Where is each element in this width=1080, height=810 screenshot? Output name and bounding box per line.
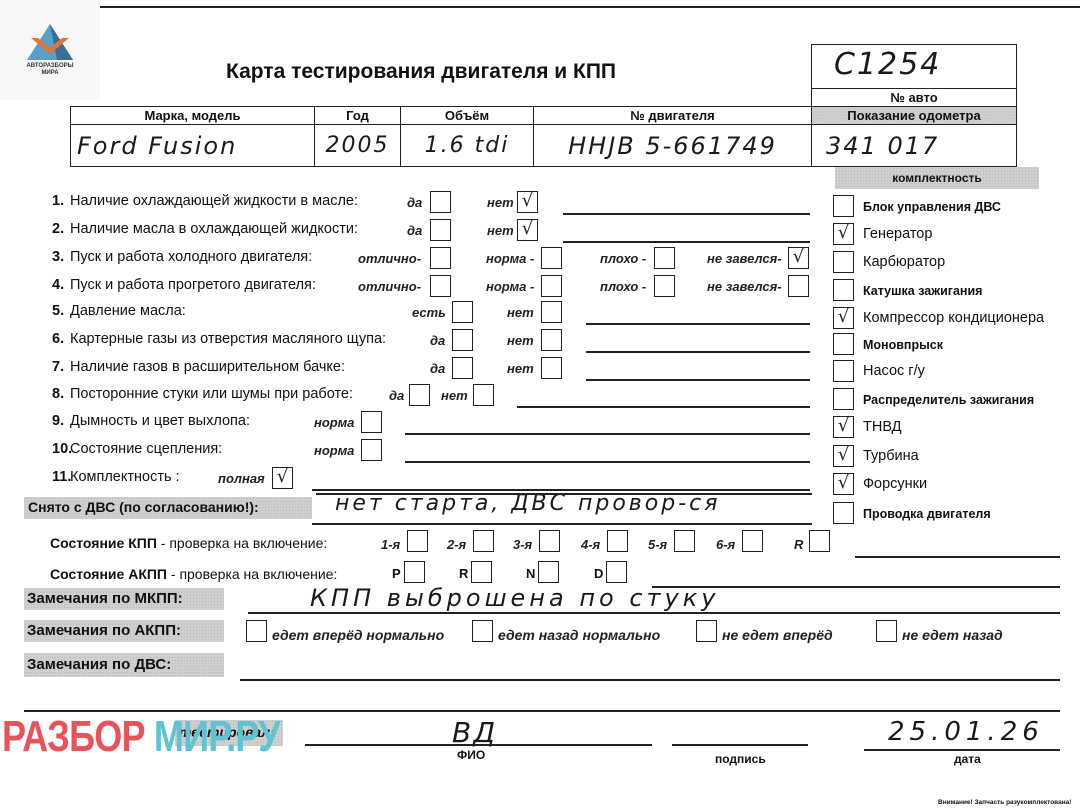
option-label: не завелся-	[707, 251, 782, 266]
question-5-checkbox-1[interactable]	[452, 301, 473, 323]
option-label: нет	[507, 333, 534, 348]
option-label: нет	[507, 361, 534, 376]
option-label: да	[407, 195, 422, 210]
completeness-label: Насос г/у	[863, 363, 925, 379]
question-3-checkbox-4[interactable]: √	[788, 247, 809, 269]
question-2-checkbox-1[interactable]	[430, 219, 451, 241]
completeness-checkbox[interactable]: √	[833, 473, 854, 495]
question-number: 2.	[52, 221, 70, 237]
watermark-part2: МИР.РУ	[154, 712, 280, 761]
completeness-label: Катушка зажигания	[863, 284, 982, 298]
question-text: Картерные газы из отверстия масляного щу…	[70, 331, 386, 347]
completeness-checkbox[interactable]: √	[833, 445, 854, 467]
completeness-label: Компрессор кондиционера	[863, 310, 1044, 326]
akpp-remark-label: не едет назад	[902, 627, 1003, 643]
question-1-checkbox-1[interactable]	[430, 191, 451, 213]
option-label: полная	[218, 471, 265, 486]
watermark-part1: РАЗБОР	[2, 712, 145, 761]
option-label: норма -	[486, 279, 534, 294]
option-label: есть	[412, 305, 446, 320]
kpp-gear-label: R	[794, 537, 803, 552]
odometer-value[interactable]: 341 017	[812, 125, 1017, 167]
answer-line	[405, 433, 810, 435]
question-8-checkbox-1[interactable]	[409, 384, 430, 406]
kpp-gear-label: 5-я	[648, 537, 667, 552]
kpp-gear-checkbox-3-я[interactable]	[539, 530, 560, 552]
question-7: 7.Наличие газов в расширительном бачке:	[52, 359, 345, 375]
completeness-checkbox[interactable]: √	[833, 416, 854, 438]
question-number: 1.	[52, 193, 70, 209]
question-4-checkbox-3[interactable]	[654, 275, 675, 297]
akpp-gear-checkbox-N[interactable]	[538, 561, 559, 583]
option-label: да	[430, 361, 445, 376]
akpp-gear-label: R	[459, 566, 468, 581]
option-label: нет	[441, 388, 468, 403]
signature-line	[672, 744, 808, 746]
option-label: отлично-	[358, 251, 421, 266]
answer-line	[586, 379, 810, 381]
completeness-label: Карбюратор	[863, 254, 945, 270]
question-8: 8.Посторонние стуки или шумы при работе:	[52, 386, 353, 402]
question-1-checkbox-2[interactable]: √	[517, 191, 538, 213]
akpp-gear-label: P	[392, 566, 401, 581]
completeness-checkbox[interactable]: √	[833, 223, 854, 245]
question-9: 9.Дымность и цвет выхлопа:	[52, 413, 250, 429]
completeness-checkbox[interactable]	[833, 251, 854, 273]
mountain-v-logo-icon	[27, 24, 73, 62]
completeness-checkbox[interactable]	[833, 360, 854, 382]
question-number: 7.	[52, 359, 70, 375]
kpp-gear-checkbox-6-я[interactable]	[742, 530, 763, 552]
akpp-gear-label: D	[594, 566, 603, 581]
completeness-label: ТНВД	[863, 419, 902, 435]
col-volume: Объём	[401, 107, 534, 125]
question-5-checkbox-2[interactable]	[541, 301, 562, 323]
option-label: нет	[507, 305, 534, 320]
question-number: 3.	[52, 249, 70, 265]
question-5: 5.Давление масла:	[52, 303, 186, 319]
question-3: 3.Пуск и работа холодного двигателя:	[52, 249, 312, 265]
removed-label-band: Снято с ДВС (по согласованию!):	[24, 497, 312, 519]
car-number-box: C1254	[811, 44, 1017, 90]
remarks-dvs-band: Замечания по ДВС:	[24, 653, 224, 677]
completeness-checkbox[interactable]: √	[833, 307, 854, 329]
col-make-model: Марка, модель	[71, 107, 315, 125]
completeness-header: комплектность	[835, 167, 1039, 189]
answer-line	[517, 406, 810, 408]
removed-line-top	[316, 493, 812, 495]
akpp-gear-label: N	[526, 566, 535, 581]
answer-line	[586, 323, 810, 325]
question-6: 6.Картерные газы из отверстия масляного …	[52, 331, 386, 347]
car-number-label: № авто	[812, 89, 1017, 107]
date-label: дата	[954, 752, 981, 766]
remarks-dvs-line-1	[240, 679, 1060, 681]
option-label: отлично-	[358, 279, 421, 294]
fio-label: ФИО	[457, 748, 485, 762]
year-value[interactable]: 2005	[315, 125, 401, 167]
akpp-remark-label: едет вперёд нормально	[272, 627, 444, 643]
question-number: 10.	[52, 441, 70, 457]
completeness-label: Проводка двигателя	[863, 507, 991, 521]
question-text: Дымность и цвет выхлопа:	[70, 413, 250, 429]
question-text: Наличие газов в расширительном бачке:	[70, 359, 345, 375]
question-7-checkbox-2[interactable]	[541, 357, 562, 379]
akpp-gear-checkbox-P[interactable]	[404, 561, 425, 583]
top-rule	[100, 6, 1080, 8]
question-6-checkbox-1[interactable]	[452, 329, 473, 351]
completeness-label: Турбина	[863, 448, 919, 464]
col-year: Год	[315, 107, 401, 125]
completeness-checkbox[interactable]	[833, 195, 854, 217]
kpp-gear-label: 1-я	[381, 537, 400, 552]
question-4-checkbox-4[interactable]	[788, 275, 809, 297]
question-10: 10.Состояние сцепления:	[52, 441, 222, 457]
kpp-label: Состояние КПП - проверка на включение:	[50, 535, 327, 551]
option-label: да	[389, 388, 404, 403]
question-9-checkbox-1[interactable]	[361, 411, 382, 433]
kpp-gear-label: 6-я	[716, 537, 735, 552]
question-number: 11.	[52, 469, 70, 485]
question-8-checkbox-2[interactable]	[473, 384, 494, 406]
answer-line	[405, 461, 810, 463]
question-10-checkbox-1[interactable]	[361, 439, 382, 461]
logo: АВТОРАЗБОРЫ МИРА	[0, 0, 100, 100]
signature-label: подпись	[715, 752, 766, 766]
remarks-akpp-band: Замечания по АКПП:	[24, 620, 224, 642]
question-text: Комплектность :	[70, 469, 180, 485]
akpp-label: Состояние АКПП - проверка на включение:	[50, 566, 337, 582]
question-4: 4.Пуск и работа прогретого двигателя:	[52, 277, 316, 293]
question-2-checkbox-2[interactable]: √	[517, 219, 538, 241]
question-2: 2.Наличие масла в охлаждающей жидкости:	[52, 221, 358, 237]
option-label: норма	[314, 443, 354, 458]
remarks-dvs-label: Замечания по ДВС:	[27, 656, 171, 673]
volume-value[interactable]: 1.6 tdi	[401, 125, 534, 167]
kpp-gear-label: 4-я	[581, 537, 600, 552]
kpp-gear-label: 2-я	[447, 537, 466, 552]
kpp-gear-checkbox-1-я[interactable]	[407, 530, 428, 552]
question-text: Наличие охлаждающей жидкости в масле:	[70, 193, 358, 209]
question-11: 11.Комплектность :	[52, 469, 180, 485]
question-4-checkbox-2[interactable]	[541, 275, 562, 297]
car-number-value[interactable]: C1254	[834, 47, 941, 82]
logo-text-line2: МИРА	[0, 70, 100, 76]
date-value[interactable]: 25.01.26	[888, 717, 1044, 747]
option-label: да	[407, 223, 422, 238]
completeness-label: Распределитель зажигания	[863, 393, 1034, 407]
question-3-checkbox-1[interactable]	[430, 247, 451, 269]
kpp-gear-checkbox-4-я[interactable]	[607, 530, 628, 552]
completeness-title: комплектность	[892, 171, 982, 185]
question-7-checkbox-1[interactable]	[452, 357, 473, 379]
answer-line	[563, 241, 810, 243]
engine-number-value[interactable]: HHJB 5-661749	[534, 125, 812, 167]
akpp-remark-checkbox-4[interactable]	[876, 620, 897, 642]
completeness-label: Моновпрыск	[863, 338, 943, 352]
col-engine-number: № двигателя	[534, 107, 812, 125]
remarks-akpp-label: Замечания по АКПП:	[27, 622, 181, 639]
answer-line	[586, 351, 810, 353]
question-3-checkbox-3[interactable]	[654, 247, 675, 269]
akpp-remark-label: едет назад нормально	[498, 627, 660, 643]
option-label: нет	[487, 223, 514, 238]
question-number: 6.	[52, 331, 70, 347]
question-text: Состояние сцепления:	[70, 441, 222, 457]
logo-text-line1: АВТОРАЗБОРЫ	[0, 63, 100, 69]
akpp-remark-label: не едет вперёд	[722, 627, 833, 643]
question-text: Наличие масла в охлаждающей жидкости:	[70, 221, 358, 237]
question-text: Давление масла:	[70, 303, 186, 319]
akpp-remark-checkbox-2[interactable]	[472, 620, 493, 642]
page-title: Карта тестирования двигателя и КПП	[226, 60, 616, 84]
date-line	[864, 749, 1060, 751]
question-text: Пуск и работа прогретого двигателя:	[70, 277, 316, 293]
col-odometer: Показание одометра	[812, 107, 1017, 125]
completeness-label: Форсунки	[863, 476, 927, 492]
remarks-mkpp-value[interactable]: КПП выброшена по стуку	[310, 584, 719, 612]
akpp-gear-checkbox-D[interactable]	[606, 561, 627, 583]
completeness-label: Генератор	[863, 226, 932, 242]
remarks-mkpp-line	[248, 612, 1060, 614]
option-label: норма	[314, 415, 354, 430]
removed-label: Снято с ДВС (по согласованию!):	[28, 499, 259, 515]
question-6-checkbox-2[interactable]	[541, 329, 562, 351]
question-text: Посторонние стуки или шумы при работе:	[70, 386, 353, 402]
removed-line	[312, 523, 812, 525]
kpp-gear-checkbox-2-я[interactable]	[473, 530, 494, 552]
vehicle-header-table: № авто Марка, модель Год Объём № двигате…	[70, 88, 1017, 167]
option-label: да	[430, 333, 445, 348]
answer-line	[563, 213, 810, 215]
question-number: 9.	[52, 413, 70, 429]
question-11-checkbox-1[interactable]: √	[272, 467, 293, 489]
question-text: Пуск и работа холодного двигателя:	[70, 249, 312, 265]
fio-line	[305, 744, 652, 746]
question-1: 1.Наличие охлаждающей жидкости в масле:	[52, 193, 358, 209]
make-model-value[interactable]: Ford Fusion	[71, 125, 315, 167]
question-4-checkbox-1[interactable]	[430, 275, 451, 297]
akpp-remark-checkbox-3[interactable]	[696, 620, 717, 642]
remarks-mkpp-label: Замечания по МКПП:	[27, 590, 183, 607]
remarks-mkpp-band: Замечания по МКПП:	[24, 588, 224, 610]
completeness-label: Блок управления ДВС	[863, 200, 1001, 214]
question-number: 4.	[52, 277, 70, 293]
akpp-gear-checkbox-R[interactable]	[471, 561, 492, 583]
question-3-checkbox-2[interactable]	[541, 247, 562, 269]
akpp-remark-checkbox-1[interactable]	[246, 620, 267, 642]
kpp-line	[855, 556, 1060, 558]
question-number: 5.	[52, 303, 70, 319]
kpp-gear-checkbox-R[interactable]	[809, 530, 830, 552]
removed-value[interactable]: нет старта, ДВС провор-ся	[335, 491, 720, 516]
option-label: плохо -	[600, 251, 646, 266]
kpp-gear-checkbox-5-я[interactable]	[674, 530, 695, 552]
footer-note: Внимание! Запчасть разукомплектована!	[938, 799, 1071, 806]
completeness-checkbox[interactable]	[833, 279, 854, 301]
option-label: нет	[487, 195, 514, 210]
completeness-checkbox[interactable]	[833, 388, 854, 410]
completeness-checkbox[interactable]	[833, 333, 854, 355]
kpp-gear-label: 3-я	[513, 537, 532, 552]
option-label: не завелся-	[707, 279, 782, 294]
option-label: плохо -	[600, 279, 646, 294]
watermark: РАЗБОР МИР.РУ	[2, 712, 280, 762]
option-label: норма -	[486, 251, 534, 266]
question-number: 8.	[52, 386, 70, 402]
completeness-checkbox[interactable]	[833, 502, 854, 524]
